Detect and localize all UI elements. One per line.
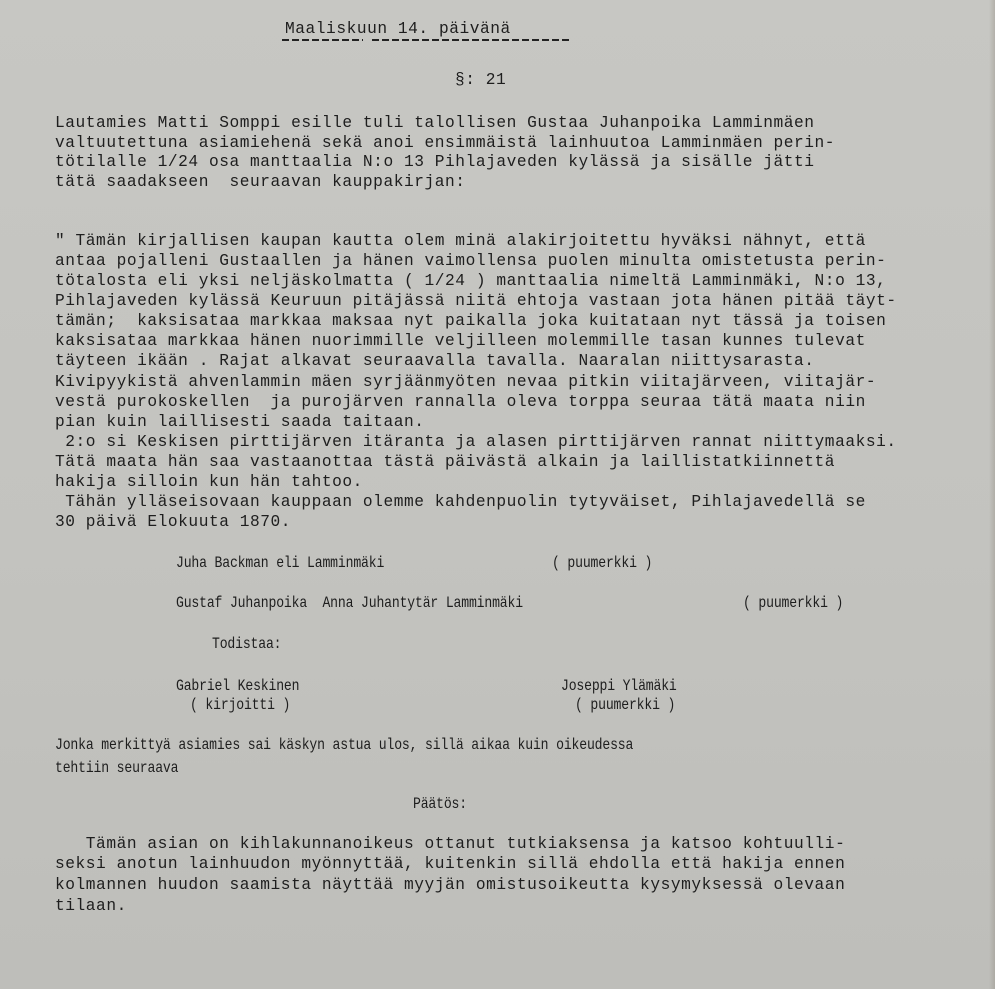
text-line: kaksisataa markkaa hänen nuorimmille vel… <box>55 331 866 351</box>
witness-name: Joseppi Ylämäki <box>561 676 677 696</box>
text-line: Tätä maata hän saa vastaanottaa tästä pä… <box>55 452 835 472</box>
witness-note: ( puumerkki ) <box>575 695 675 715</box>
buyers-names: Gustaf Juhanpoika Anna Juhantytär Lammin… <box>176 593 523 613</box>
heading-underline <box>282 39 572 41</box>
witness-label: Todistaa: <box>212 634 281 654</box>
text-line: Pihlajaveden kylässä Keuruun pitäjässä n… <box>55 291 897 311</box>
text-line: Jonka merkittyä asiamies sai käskyn astu… <box>55 735 633 755</box>
text-line: Tähän ylläseisovaan kauppaan olemme kahd… <box>55 492 866 512</box>
text-line: tämän; kaksisataa markkaa maksaa nyt pai… <box>55 311 886 331</box>
text-line: hakija silloin kun hän tahtoo. <box>55 472 363 492</box>
seller-name: Juha Backman eli Lamminmäki <box>176 553 384 573</box>
text-line: tilaan. <box>55 896 127 916</box>
text-line: " Tämän kirjallisen kaupan kautta olem m… <box>55 231 866 251</box>
text-line: pian kuin laillisesti saada taitaan. <box>55 412 425 432</box>
text-line: tötalosta eli yksi neljäskolmatta ( 1/24… <box>55 271 886 291</box>
text-line: täyteen ikään . Rajat alkavat seuraavall… <box>55 351 815 371</box>
text-line: Kivipyykistä ahvenlammin mäen syrjäänmyö… <box>55 372 876 392</box>
section-number: §: 21 <box>455 70 506 90</box>
text-line: tötilalle 1/24 osa manttaalia N:o 13 Pih… <box>55 152 815 172</box>
text-line: kolmannen huudon saamista näyttää myyjän… <box>55 875 845 895</box>
witness-note: ( kirjoitti ) <box>190 695 290 715</box>
document-page: Maaliskuun 14. päivänä §: 21 Lautamies M… <box>0 0 995 989</box>
witness-name: Gabriel Keskinen <box>176 676 299 696</box>
text-line: antaa pojalleni Gustaallen ja hänen vaim… <box>55 251 886 271</box>
decision-heading: Päätös: <box>413 794 467 814</box>
text-line: Lautamies Matti Somppi esille tuli talol… <box>55 113 815 133</box>
text-line: 30 päivä Elokuuta 1870. <box>55 512 291 532</box>
seller-mark: ( puumerkki ) <box>552 553 652 573</box>
text-line: seksi anotun lainhuudon myönnyttää, kuit… <box>55 854 845 874</box>
text-line: valtuutettuna asiamiehenä sekä anoi ensi… <box>55 133 835 153</box>
text-line: vestä purokoskellen ja purojärven rannal… <box>55 392 866 412</box>
text-line: tätä saadakseen seuraavan kauppakirjan: <box>55 172 466 192</box>
text-line: 2:o si Keskisen pirttijärven itäranta ja… <box>55 432 897 452</box>
text-line: tehtiin seuraava <box>55 758 178 778</box>
buyers-mark: ( puumerkki ) <box>743 593 843 613</box>
text-line: Tämän asian on kihlakunnanoikeus ottanut… <box>55 834 845 854</box>
date-heading: Maaliskuun 14. päivänä <box>285 19 511 39</box>
